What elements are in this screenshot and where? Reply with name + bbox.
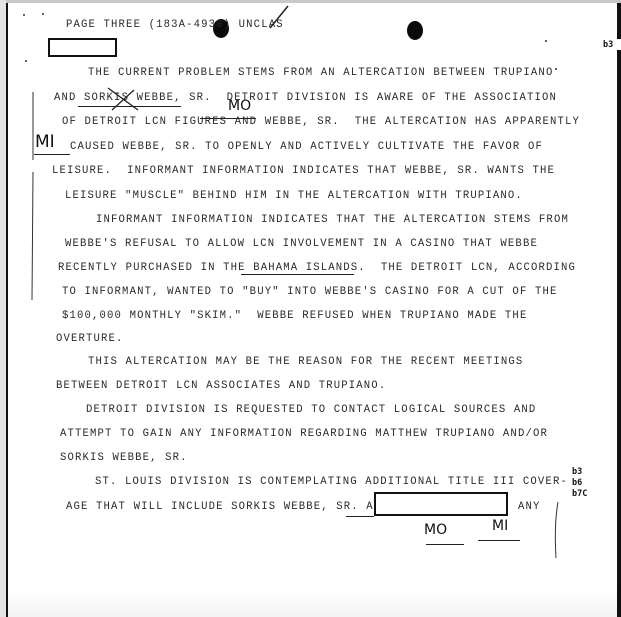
text-line: LEISURE. INFORMANT INFORMATION INDICATES… <box>52 165 555 177</box>
window-top-border <box>0 0 621 3</box>
page-left-edge <box>6 3 8 617</box>
underline <box>34 154 70 155</box>
text-line: SORKIS WEBBE, SR. <box>60 452 188 464</box>
text-line: THE CURRENT PROBLEM STEMS FROM AN ALTERC… <box>88 67 553 79</box>
page-bottom <box>8 590 617 617</box>
pen-stroke-icon <box>268 4 292 30</box>
margin-bracket-icon <box>28 90 38 305</box>
text-line: AGE THAT WILL INCLUDE SORKIS WEBBE, SR. … <box>66 501 389 513</box>
strike-line <box>200 118 256 119</box>
speck <box>545 40 547 42</box>
text-line: THIS ALTERCATION MAY BE THE REASON FOR T… <box>88 356 523 368</box>
underline <box>241 274 354 275</box>
text-line: RECENTLY PURCHASED IN THE BAHAMA ISLANDS… <box>58 262 576 274</box>
text-line: TO INFORMANT, WANTED TO "BUY" INTO WEBBE… <box>62 286 557 298</box>
redaction-box <box>374 492 508 516</box>
text-line: $100,000 MONTHLY "SKIM." WEBBE REFUSED W… <box>62 310 527 322</box>
text-line: LEISURE "MUSCLE" BEHIND HIM IN THE ALTER… <box>65 190 523 202</box>
text-line: INFORMANT INFORMATION INDICATES THAT THE… <box>96 214 569 226</box>
strike-mark-icon <box>104 84 144 114</box>
redaction-box <box>48 38 117 57</box>
margin-bracket-icon <box>552 500 562 560</box>
page-header: PAGE THREE (183A-4930) UNCLAS <box>66 19 284 31</box>
underline <box>478 540 520 541</box>
text-line: OVERTURE. <box>56 333 124 345</box>
speck <box>23 14 25 16</box>
punch-hole <box>407 21 423 40</box>
handwritten-initials: MI <box>492 518 508 534</box>
underline <box>426 544 464 545</box>
text-line: ANY <box>518 501 541 513</box>
page-right-edge <box>617 3 621 39</box>
text-line: CAUSED WEBBE, SR. TO OPENLY AND ACTIVELY… <box>70 141 543 153</box>
page-right-edge <box>617 50 621 617</box>
exemption-code: b6 <box>572 478 582 489</box>
text-line: DETROIT DIVISION IS REQUESTED TO CONTACT… <box>86 404 536 416</box>
text-line: ATTEMPT TO GAIN ANY INFORMATION REGARDIN… <box>60 428 548 440</box>
speck <box>25 60 27 62</box>
text-line: BETWEEN DETROIT LCN ASSOCIATES AND TRUPI… <box>56 380 386 392</box>
exemption-code: b3 <box>572 467 582 478</box>
text-line: ST. LOUIS DIVISION IS CONTEMPLATING ADDI… <box>95 476 568 488</box>
exemption-code: b7C <box>572 489 587 500</box>
handwritten-initials: MO <box>424 522 447 538</box>
speck <box>555 68 557 70</box>
text-line: OF DETROIT LCN FIGURES AND WEBBE, SR. TH… <box>62 116 580 128</box>
underline <box>346 516 374 517</box>
handwritten-initials: MO <box>228 98 251 114</box>
text-line: WEBBE'S REFUSAL TO ALLOW LCN INVOLVEMENT… <box>65 238 538 250</box>
exemption-code: b3 <box>603 40 613 51</box>
speck <box>42 13 44 15</box>
